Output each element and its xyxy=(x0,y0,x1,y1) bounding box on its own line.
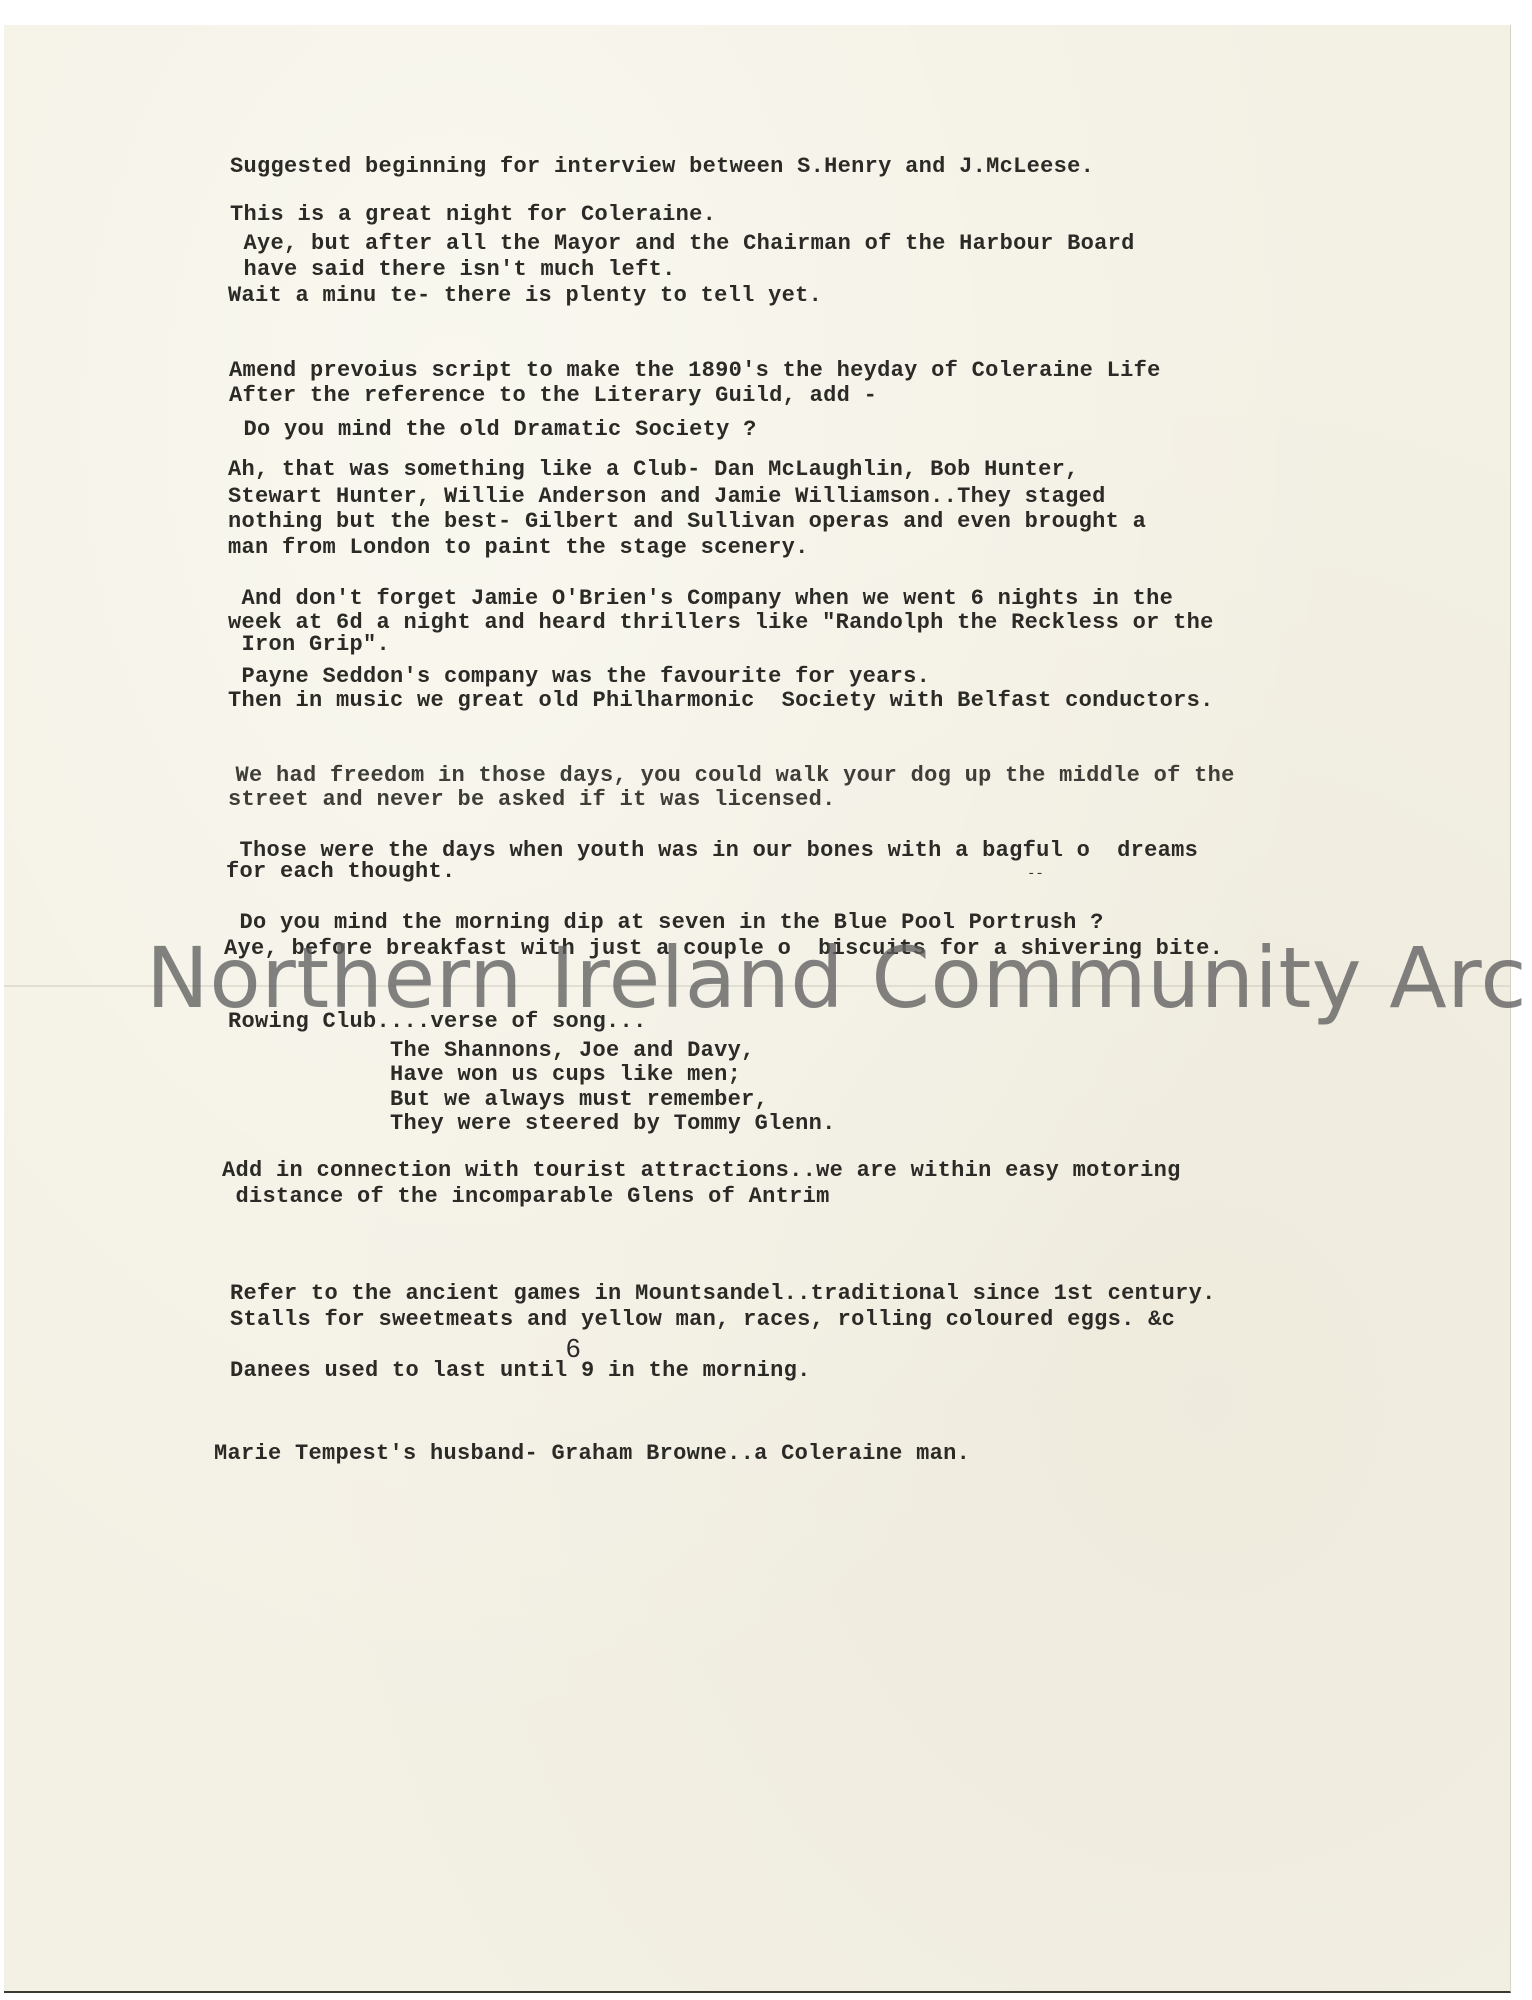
text-line: Then in music we great old Philharmonic … xyxy=(228,690,1214,712)
text-line: Wait a minu te- there is plenty to tell … xyxy=(228,285,822,307)
text-line: Payne Seddon's company was the favourite… xyxy=(228,666,930,688)
text-line: have said there isn't much left. xyxy=(230,259,676,281)
text-line: man from London to paint the stage scene… xyxy=(228,537,809,559)
text-line: Marie Tempest's husband- Graham Browne..… xyxy=(214,1443,970,1465)
text-line: Add in connection with tourist attractio… xyxy=(222,1160,1181,1182)
text-line: week at 6d a night and heard thrillers l… xyxy=(228,612,1214,634)
song-verse-line: But we always must remember, xyxy=(228,1089,768,1111)
text-line: After the reference to the Literary Guil… xyxy=(229,385,877,407)
text-line: Ah, that was something like a Club- Dan … xyxy=(228,459,1079,481)
text-line: Iron Grip". xyxy=(228,634,390,656)
text-line: Amend prevoius script to make the 1890's… xyxy=(229,360,1161,382)
song-verse-line: They were steered by Tommy Glenn. xyxy=(228,1113,836,1135)
text-line: Refer to the ancient games in Mountsande… xyxy=(230,1283,1216,1305)
text-line: distance of the incomparable Glens of An… xyxy=(222,1186,830,1208)
text-line: We had freedom in those days, you could … xyxy=(222,765,1235,787)
text-line: Danees used to last until 9 in the morni… xyxy=(230,1360,811,1382)
text-line: Stewart Hunter, Willie Anderson and Jami… xyxy=(228,486,1106,508)
document-heading: Suggested beginning for interview betwee… xyxy=(230,156,1094,178)
text-line: Do you mind the old Dramatic Society ? xyxy=(230,419,757,441)
text-line: nothing but the best- Gilbert and Sulliv… xyxy=(228,511,1146,533)
archive-watermark: Northern Ireland Community Archive xyxy=(146,936,1532,1020)
text-line: This is a great night for Coleraine. xyxy=(230,204,716,226)
song-verse-line: The Shannons, Joe and Davy, xyxy=(228,1040,755,1062)
text-line: street and never be asked if it was lice… xyxy=(228,789,836,811)
text-line: And don't forget Jamie O'Brien's Company… xyxy=(228,588,1173,610)
text-line: Stalls for sweetmeats and yellow man, ra… xyxy=(230,1309,1175,1331)
text-line: for each thought. xyxy=(226,861,456,883)
text-line: Aye, but after all the Mayor and the Cha… xyxy=(230,233,1135,255)
typed-dash-mark: -- xyxy=(1027,866,1044,882)
song-verse-line: Have won us cups like men; xyxy=(228,1064,741,1086)
